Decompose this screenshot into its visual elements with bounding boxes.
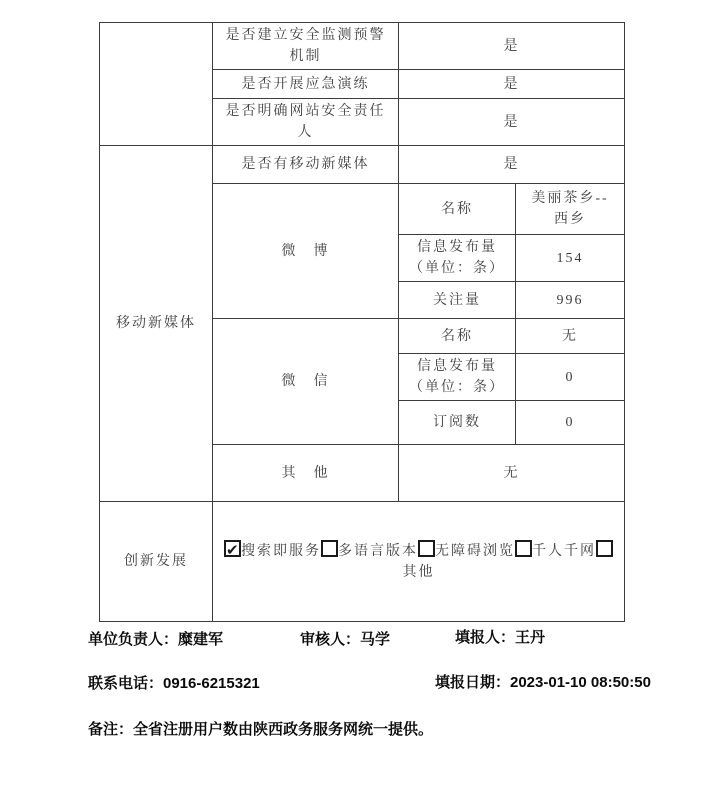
checkbox-personalized-label: 千人千网 bbox=[532, 544, 596, 559]
wechat-subscribers-value: 0 bbox=[516, 401, 625, 445]
has-mobile-media-value: 是 bbox=[399, 146, 625, 184]
checkbox-search-as-service-label: 搜索即服务 bbox=[241, 544, 321, 559]
emergency-drill-value: 是 bbox=[399, 70, 625, 99]
report-date-text: 填报日期：2023-01-10 08:50:50 bbox=[435, 671, 651, 692]
weibo-name-value: 美丽茶乡--西乡 bbox=[516, 184, 625, 235]
mobile-media-section-label: 移动新媒体 bbox=[100, 146, 213, 502]
weibo-followers-label: 关注量 bbox=[399, 282, 516, 319]
checkbox-multilingual[interactable] bbox=[321, 540, 338, 557]
security-monitor-label: 是否建立安全监测预警机制 bbox=[213, 23, 399, 70]
has-mobile-media-label: 是否有移动新媒体 bbox=[213, 146, 399, 184]
checkbox-search-as-service[interactable] bbox=[224, 540, 241, 557]
checkbox-accessibility-label: 无障碍浏览 bbox=[435, 544, 515, 559]
security-monitor-value: 是 bbox=[399, 23, 625, 70]
weibo-followers-value: 996 bbox=[516, 282, 625, 319]
wechat-subscribers-label: 订阅数 bbox=[399, 401, 516, 445]
table-row: 创新发展 搜索即服务多语言版本无障碍浏览千人千网其他 bbox=[100, 502, 625, 622]
other-media-label: 其 他 bbox=[213, 445, 399, 502]
table-row: 是否建立安全监测预警机制 是 bbox=[100, 23, 625, 70]
contact-phone-text: 联系电话：0916-6215321 bbox=[88, 672, 260, 693]
note-text: 备注：全省注册用户数由陕西政务服务网统一提供。 bbox=[88, 718, 433, 739]
checkbox-accessibility[interactable] bbox=[418, 540, 435, 557]
weibo-group-label: 微 博 bbox=[213, 184, 399, 319]
checkbox-multilingual-label: 多语言版本 bbox=[338, 544, 418, 559]
security-responsible-label: 是否明确网站安全责任人 bbox=[213, 99, 399, 146]
other-media-value: 无 bbox=[399, 445, 625, 502]
security-responsible-value: 是 bbox=[399, 99, 625, 146]
wechat-posts-label: 信息发布量（单位：条） bbox=[399, 354, 516, 401]
wechat-name-label: 名称 bbox=[399, 319, 516, 354]
wechat-group-label: 微 信 bbox=[213, 319, 399, 445]
weibo-name-label: 名称 bbox=[399, 184, 516, 235]
weibo-posts-label: 信息发布量（单位：条） bbox=[399, 235, 516, 282]
table-row: 移动新媒体 是否有移动新媒体 是 bbox=[100, 146, 625, 184]
annual-report-table: 是否建立安全监测预警机制 是 是否开展应急演练 是 是否明确网站安全责任人 是 … bbox=[99, 22, 625, 622]
weibo-posts-value: 154 bbox=[516, 235, 625, 282]
wechat-name-value: 无 bbox=[516, 319, 625, 354]
checkbox-other[interactable] bbox=[596, 540, 613, 557]
innovation-options-cell: 搜索即服务多语言版本无障碍浏览千人千网其他 bbox=[213, 502, 625, 622]
checkbox-personalized[interactable] bbox=[515, 540, 532, 557]
innovation-section-label: 创新发展 bbox=[100, 502, 213, 622]
prev-section-category-cell bbox=[100, 23, 213, 146]
unit-head-text: 单位负责人：糜建军 bbox=[88, 628, 223, 649]
checkbox-other-label: 其他 bbox=[403, 565, 435, 580]
reviewer-text: 审核人：马学 bbox=[300, 628, 390, 649]
wechat-posts-value: 0 bbox=[516, 354, 625, 401]
emergency-drill-label: 是否开展应急演练 bbox=[213, 70, 399, 99]
filler-text: 填报人：王丹 bbox=[455, 626, 545, 647]
